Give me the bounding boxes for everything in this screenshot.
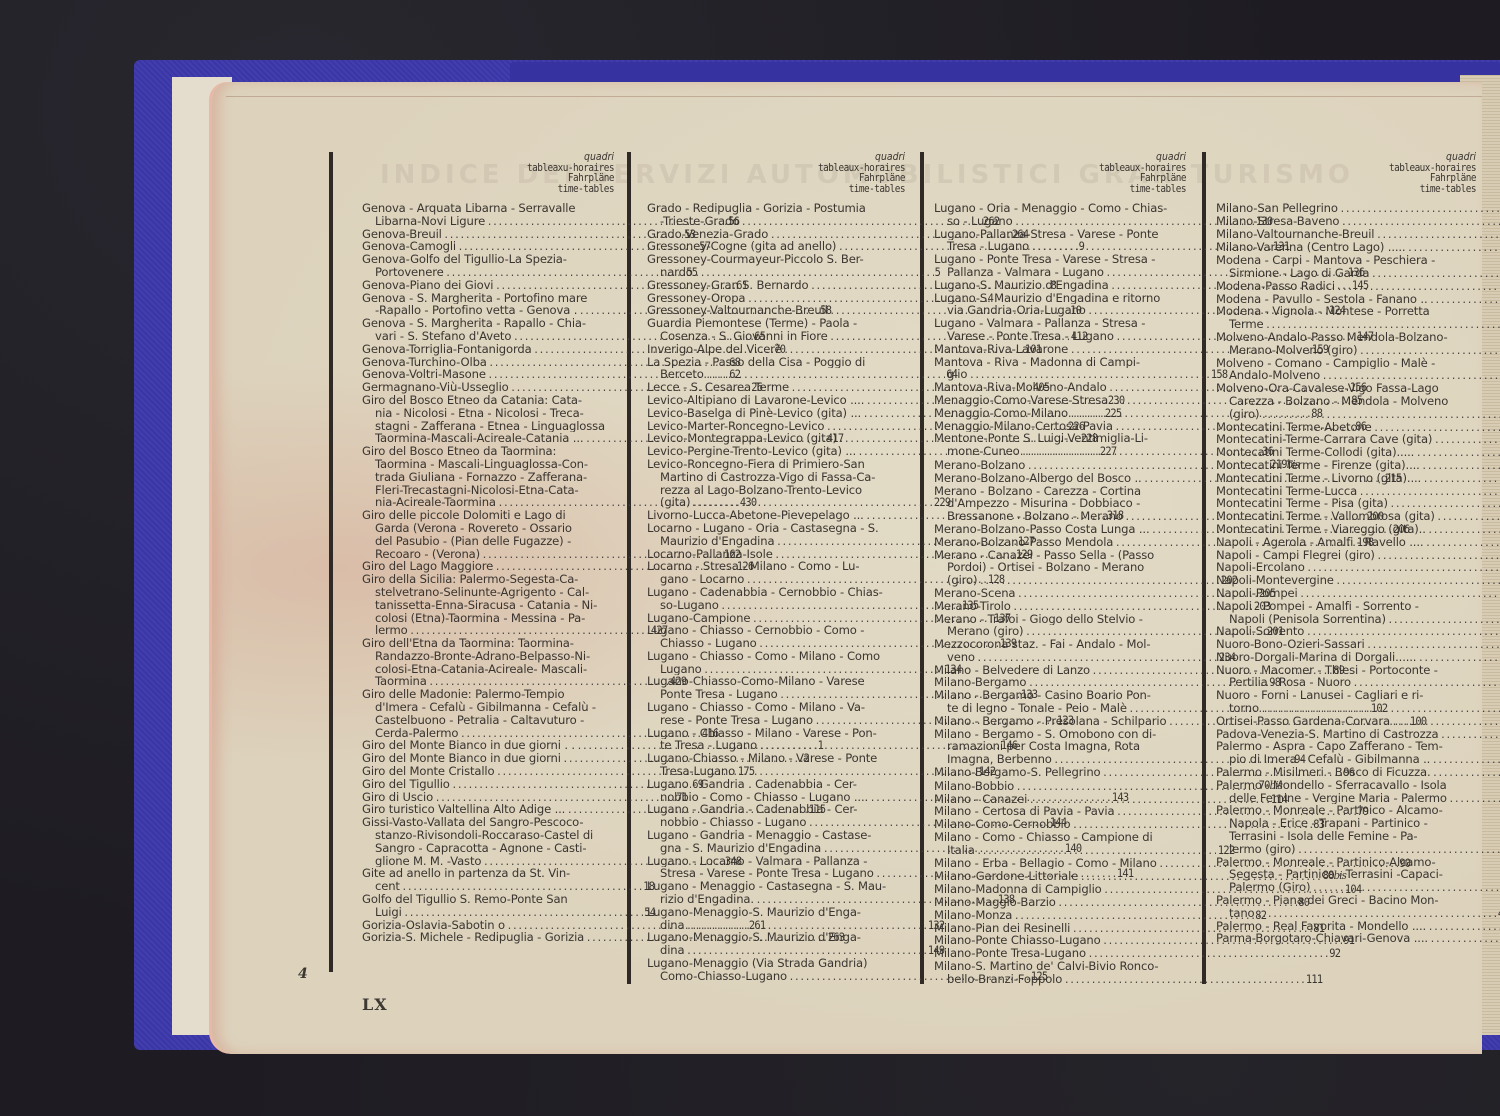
index-entry: Montecatini Terme-Abetone309 [1216, 421, 1476, 434]
entry-route-text: Napoli - Pompei - Amalfi - Sorrento - [1216, 600, 1500, 613]
entry-route-text: Mezzocorona staz. - Fai - Andalo - Mol- [934, 638, 1217, 651]
index-entry: Lugano - Chiasso - Como - Milano - Va-re… [647, 701, 905, 727]
index-entry: Giro turistico Valtellina Alto Adige ...… [362, 803, 614, 816]
entry-route-text: (giro) [934, 574, 1219, 587]
entry-route-text: Nuoro - Macomer - Thiesi - Portoconte - [1216, 664, 1500, 677]
index-entry: Montecatini Terme-Collodi (gita).....304 [1216, 446, 1476, 459]
column-header-line: time-tables [972, 184, 1186, 195]
index-entry: Milano - Belvedere di Lanzo89 [934, 664, 1186, 677]
page-number: 4 [298, 966, 308, 982]
entry-route-text: Modena - Pavullo - Sestola - Fanano .. [1216, 293, 1500, 306]
index-entry: Milano-Madonna di Campiglio104 [934, 883, 1186, 896]
entry-route-text: Segesta - Partinico - Terrasini -Capaci- [1216, 868, 1500, 881]
index-entry: Nuoro-Dorgali-Marina di Dorgali......449 [1216, 651, 1476, 664]
entry-route-text: Milano-Monza [934, 909, 1254, 922]
index-entry: Lugano-Chiasso - Milano - Varese - Ponte… [647, 752, 905, 778]
entry-route-text: Berceto [647, 368, 945, 381]
entry-route-text: Montecatini Terme-Lucca [1216, 485, 1500, 498]
index-entry: Napoli - Campi Flegrei (giro)391 [1216, 549, 1476, 562]
entry-route-text: Pertilia - Rosa - Nuoro [1216, 676, 1500, 689]
index-entry: Levico-Roncegno-Fiera di Primiero-SanMar… [647, 458, 905, 509]
index-entry: Lugano - Chiasso - Como - Milano - ComoL… [647, 650, 905, 676]
index-entry: Genova - Arquata Libarna - SerravalleLib… [362, 202, 614, 228]
index-entry: Genova - S. Margherita - Portofino mare-… [362, 292, 614, 318]
entry-route-text: pio di Imera - Cefalù - Gibilmanna .. [1216, 753, 1500, 766]
column-header: quadritableaux-horairesFahrplänetime-tab… [1255, 152, 1476, 194]
index-entry: Merano-Tirolo203 [934, 600, 1186, 613]
index-entry: Levico-Pergine-Trento-Levico (gita) ...2… [647, 445, 905, 458]
column-header-line: time-tables [400, 184, 614, 195]
index-entry: Gressoney-Cogne (gita ad anello)9 [647, 240, 905, 253]
entry-route-text: Milano-Varenna (Centro Lago) ..... [1216, 241, 1500, 254]
entry-route-text: colosi-Etna-Catania-Acireale- Mascali- [362, 663, 668, 676]
index-entry: Inverigo-Alpe del Vicerè101 [647, 343, 905, 356]
entry-route-text: Montecatini Terme-Collodi (gita)..... [1216, 446, 1500, 459]
entry-route-text: Montecatini Terme - Pisa (gita) [1216, 497, 1500, 510]
entry-route-text: Terme [1216, 318, 1500, 331]
index-entry: Lugano-S. Maurizio d'Engadina e ritornov… [934, 292, 1186, 318]
index-entry: Milano-Ponte Chiasso-Lugano91 [934, 934, 1186, 947]
entry-route-text: Montecatini Terme-Abetone [1216, 421, 1500, 434]
index-entry: Milano-Gardone-Littoriale88bis [934, 869, 1186, 883]
entry-route-text: Napoli-Sorrento [1216, 625, 1500, 638]
entry-route-text: Merano-Tirolo [934, 600, 1252, 613]
index-entry: Montecatini Terme - Vallombrosa (gita)30… [1216, 510, 1476, 523]
index-entry: Grado-Venezia-Grado264 [647, 228, 905, 241]
index-entry: Palermo - Piana dei Greci - Bacino Mon-t… [1216, 894, 1476, 920]
entry-route-text: Sirmione - Lago di Garda [1216, 267, 1500, 280]
entry-route-text: Genova-Breuil [362, 228, 683, 241]
index-entry: Lecce - S. Cesarea Terme405 [647, 381, 905, 394]
index-entry: Modena - Vignola - Montese - PorrettaTer… [1216, 305, 1476, 331]
index-entry: Milano - Canazei114 [934, 793, 1186, 806]
index-entry: Genova-Piano dei Giovi61 [362, 279, 614, 292]
index-entry: Modena-Passo Radici271 [1216, 280, 1476, 293]
entry-route-text: Grado - Redipuglia - Gorizia - Postumia [647, 202, 981, 215]
entry-route-text: Levico-Roncegno-Fiera di Primiero-San [647, 458, 932, 471]
index-entry: Lugano-Menaggio-S. Maurizio d'Enga-dina1… [647, 906, 905, 932]
entry-route-text: Milano-San Pellegrino [1216, 202, 1500, 215]
index-entry: Modena - Carpi - Mantova - Peschiera -Si… [1216, 254, 1476, 280]
entry-route-text: Modena-Passo Radici [1216, 280, 1500, 293]
entry-route-text: Padova-Venezia-S. Martino di Castrozza [1216, 728, 1500, 741]
column-header-line: time-tables [686, 184, 905, 195]
index-entry: Gressoney-Gran S. Bernardo8 [647, 279, 905, 292]
entry-route-text: Mentone-Ponte S. Luigi-Ventimiglia-Li- [934, 432, 1261, 445]
index-entry: Giro del Monte Bianco in due giorni2 [362, 752, 614, 765]
entry-route-text: tanissetta-Enna-Siracusa - Catania - Ni- [362, 599, 649, 612]
index-entry: Giro di Uscio71 [362, 791, 614, 804]
index-entry: Mezzocorona staz. - Fai - Andalo - Mol-v… [934, 638, 1186, 664]
entry-route-text: Palermo - Mondello - Sferracavallo - Iso… [1216, 779, 1500, 792]
index-entry: Gissi-Vasto-Vallata del Sangro-Pescoco-s… [362, 816, 614, 867]
index-entry: Menaggio-Como-Milano88 [934, 407, 1186, 420]
entry-route-text: -Trieste-Grado [647, 215, 981, 228]
index-entry: Parma-Borgotaro-Chiavari-Genova ....269 [1216, 932, 1476, 945]
index-entry: Mantova-Riva-Lavarone159 [934, 343, 1186, 356]
entry-route-text: Molveno-Andalo-Passo Mendola-Bolzano- [1216, 331, 1500, 344]
entry-route-text: Taormina [362, 675, 668, 688]
index-entry: Milano-Pian dei Resinelli81 [934, 922, 1186, 935]
index-entry: Montecatini Terme - Viareggio (gita)..30… [1216, 523, 1476, 536]
timetable-ref: 111 [1306, 972, 1323, 986]
entry-route-text: Terrasini - Isola delle Femine - Pa- [1216, 830, 1500, 843]
index-entry: Genova-Golfo del Tigullio-La Spezia-Port… [362, 253, 614, 279]
entry-route-text: Giro di Uscio [362, 791, 675, 804]
entry-timetable-number: 111 [1306, 973, 1323, 986]
entry-route-text: Palermo - Monreale - Partinico-Alcamo- [1216, 856, 1500, 869]
index-entry: Lugano - Chiasso - Milano - Varese - Pon… [647, 727, 905, 753]
entry-route-text: Golfo del Tigullio S. Remo-Ponte San [362, 893, 643, 906]
entry-route-text: Merano-Molveno (giro) [1216, 344, 1500, 357]
index-entry: Palermo - Monreale - Partinico - Alcamo-… [1216, 804, 1476, 855]
index-entry: Montecatini Terme - Livorno (gita)....31… [1216, 472, 1476, 485]
index-entry: Milano-Valtournanche-Breuil78 [1216, 228, 1476, 241]
index-entry: Genova-Torriglia-Fontanigorda70 [362, 343, 614, 356]
index-entry: Milano - Bergamo - Presolana - Schilpari… [934, 715, 1186, 728]
entry-route-text: dina [647, 919, 926, 932]
entry-route-text: bello-Branzi-Foppolo [934, 973, 1304, 986]
index-entry: Lugano - Oria - Menaggio - Como - Chias-… [934, 202, 1186, 228]
index-entry: Milano-Bergamo98 [934, 676, 1186, 689]
entry-route-text: Molveno-Ora-Cavalese-Vigo Fassa-Lago [1216, 382, 1500, 395]
index-entry: Nuoro - Macomer - Thiesi - Portoconte -P… [1216, 664, 1476, 690]
entry-route-text: Modena - Carpi - Mantova - Peschiera - [1216, 254, 1500, 267]
index-column-1: quadritableaxu-horairesFahrplänetime-tab… [362, 152, 614, 944]
entry-route-text: Giro dell'Etna da Taormina: Taormina- [362, 637, 668, 650]
index-entry: Lugano - Menaggio - Castasegna - S. Mau-… [647, 880, 905, 906]
index-entry: Ortisei-Passo Gardena-Corvara221 [1216, 715, 1476, 728]
index-entry: Gorizia-S. Michele - Redipuglia - Gorizi… [362, 931, 614, 944]
entry-route-text: (giro) [1216, 408, 1500, 421]
column-header-line: time-tables [1255, 184, 1476, 195]
entry-route-text: Lugano-Chiasso - Milano - Varese - Ponte [647, 752, 977, 765]
index-entry: Palermo - Aspra - Capo Zafferano - Tem-p… [1216, 740, 1476, 766]
index-column-3: quadritableaux-horairesFahrplänetime-tab… [934, 152, 1186, 986]
entry-route-text: Lugano-Menaggio-S. Maurizio d'Enga- [647, 906, 926, 919]
index-entry: Merano-Scena205 [934, 587, 1186, 600]
index-entry: Milano - Bergamo - Casino Boario Pon-te … [934, 689, 1186, 715]
page-fold-line [226, 96, 1482, 97]
index-entry: Molveno-Ora-Cavalese-Vigo Fassa-LagoCare… [1216, 382, 1476, 420]
index-entry: Golfo del Tigullio S. Remo-Ponte SanLuig… [362, 893, 614, 919]
entry-route-text: Palermo - Aspra - Capo Zafferano - Tem- [1216, 740, 1500, 753]
index-entry: Genova-Breuil53 [362, 228, 614, 241]
entry-route-text: so - Lugano [934, 215, 1254, 228]
entry-route-text: Milano-Bobbio [934, 780, 1256, 793]
entry-route-text: dina [647, 944, 926, 957]
index-entry: Genova-Voltri-Masone62 [362, 368, 614, 381]
entry-timetable-number: 92 [1329, 947, 1340, 960]
index-entry: Lugano-Menaggio (Via Strada Gandria)Como… [647, 957, 905, 983]
index-entry: Giro del Monte Bianco in due giorni . .1 [362, 739, 614, 752]
entry-route-text: Gressoney-Courmayeur-Piccolo S. Ber- [647, 253, 934, 266]
entry-route-text: Nuoro-Dorgali-Marina di Dorgali...... [1216, 651, 1500, 664]
index-entry: Montecatini-Terme-Carrara Cave (gita)308 [1216, 433, 1476, 446]
entry-route-text: Palermo - Real Favorita - Mondello .... [1216, 920, 1500, 933]
index-entry: Giro del Bosco Etneo da Taormina:Taormin… [362, 445, 614, 509]
entry-route-text: Mantova - Riva - Madonna di Campi- [934, 356, 1209, 369]
index-entry: Genova-Camogli57 [362, 240, 614, 253]
index-entry: Milano-San Pellegrino93 [1216, 202, 1476, 215]
entry-route-text: Ortisei-Passo Gardena-Corvara [1216, 715, 1500, 728]
entry-route-text: Milano-Ponte Tresa-Lugano [934, 947, 1328, 960]
index-entry: Locarno - Lugano - Oria - Castasegna - S… [647, 522, 905, 548]
index-entry: Montecatini Terme-Lucca313 [1216, 485, 1476, 498]
entry-route-text: cent [362, 880, 642, 893]
column-header: quadritableaux-horairesFahrplänetime-tab… [686, 152, 905, 194]
index-entry: Gressoney-Oropa4 [647, 292, 905, 305]
entry-route-text: Merano - Canazei - Passo Sella - (Passo [934, 549, 1219, 562]
index-entry: Levico-Baselga di Pinè-Levico (gita) ...… [647, 407, 905, 420]
index-entry: Giro del Tigullio69 [362, 778, 614, 791]
entry-route-text: colosi (Etna)-Taormina - Messina - Pa- [362, 612, 649, 625]
index-entry: Padova-Venezia-S. Martino di Castrozza18… [1216, 728, 1476, 741]
index-entry: Palermo - Monreale - Partinico-Alcamo-Se… [1216, 856, 1476, 894]
entry-route-text: Milano-Valtournanche-Breuil [1216, 228, 1500, 241]
entry-route-text: Modena - Vignola - Montese - Porretta [1216, 305, 1500, 318]
entry-route-text: Genova-Golfo del Tigullio-La Spezia- [362, 253, 685, 266]
entry-route-text: Montecatini Terme - Firenze (gita).... [1216, 459, 1500, 472]
entry-route-text: veno [934, 651, 1217, 664]
index-entry: Palermo - Real Favorita - Mondello ....4… [1216, 920, 1476, 933]
index-entry: Palermo - Misilmeri - Bosco di Ficuzza.4… [1216, 766, 1476, 779]
index-entry: Napoli-Pompei392 [1216, 587, 1476, 600]
index-entry: Guardia Piemontese (Terme) - Paola -Cose… [647, 317, 905, 343]
index-entry: Grado - Redipuglia - Gorizia - Postumia-… [647, 202, 905, 228]
index-entry: Napoli-Montevergine401 [1216, 574, 1476, 587]
index-entry: Giro delle piccole Dolomiti e Lago diGar… [362, 509, 614, 560]
index-entry: Nuoro-Bono-Ozieri-Sassari440 [1216, 638, 1476, 651]
entry-route-text: Nuoro - Forni - Lanusei - Cagliari e ri- [1216, 689, 1500, 702]
index-entry: Merano - Bolzano - Carezza - Cortinad'Am… [934, 485, 1186, 523]
index-entry: Milano-Monza82 [934, 909, 1186, 922]
entry-route-text: Palermo - Misilmeri - Bosco di Ficuzza. [1216, 766, 1500, 779]
index-entry: Merano - Canazei - Passo Sella - (PassoP… [934, 549, 1186, 587]
entry-route-text: tano [1216, 907, 1496, 920]
entry-route-text: Napoli (Penisola Sorrentina) [1216, 613, 1500, 626]
index-entry: Gressoney-Courmayeur-Piccolo S. Ber-nard… [647, 253, 905, 279]
index-entry: Napoli - Pompei - Amalfi - Sorrento -Nap… [1216, 600, 1476, 626]
entry-route-text: Tresa-Lugano [647, 765, 977, 778]
entry-route-text: (gita) [647, 496, 932, 509]
entry-route-text: Italia [934, 844, 1216, 857]
entry-route-text: Luigi [362, 906, 643, 919]
entry-route-text: Palermo - Piana dei Greci - Bacino Mon- [1216, 894, 1496, 907]
index-entry: Lugano - Gandria - Cadenabbia - Cer-nobb… [647, 803, 905, 829]
entry-route-text: Andalo-Molveno [1216, 369, 1500, 382]
entry-route-text: Napoli-Ercolano [1216, 561, 1500, 574]
entry-route-text: Lugano-Menaggio-S. Maurizio d'Enga- [647, 931, 926, 944]
index-entry: Mantova - Riva - Madonna di Campi-glio15… [934, 356, 1186, 382]
index-entry: Milano - Erba - Bellagio - Como - Milano… [934, 857, 1186, 870]
index-entry: Giro del Monte Cristallo175 [362, 765, 614, 778]
index-entry: Menaggio-Milano-Certosa-Pavia86 [934, 420, 1186, 433]
index-entry: Genova-Turchino-Olba68 [362, 356, 614, 369]
entry-route-text: stelvetrano-Selinunte-Agrigento - Cal- [362, 586, 649, 599]
index-entry: Milano-Maggio-Barzio80 [934, 896, 1186, 909]
entry-route-text: delle Femine - Vergine Maria - Palermo [1216, 792, 1500, 805]
index-entry: Lugano - Locarno - Valmara - Pallanza -S… [647, 855, 905, 881]
index-entry: Lugano-Pallanza-Stresa - Varese - PonteT… [934, 228, 1186, 254]
entry-route-text: Montecatini-Terme-Carrara Cave (gita) [1216, 433, 1500, 446]
index-entry: Montecatini Terme - Firenze (gita)....31… [1216, 459, 1476, 472]
index-entry: Merano-Bolzano-Passo Mendola198 [934, 536, 1186, 549]
entry-route-text: Randazzo-Bronte-Adrano-Belpasso-Ni- [362, 650, 668, 663]
entry-route-text: Carezza - Bolzano - Mendola - Molveno [1216, 395, 1500, 408]
index-entry: Gorizia-Oslavia-Sabotin o261 [362, 919, 614, 932]
entry-route-text: Napoli - Campi Flegrei (giro) [1216, 549, 1500, 562]
entry-route-text: Palermo - Monreale - Partinico - Alcamo- [1216, 804, 1500, 817]
roman-page-number: LX [362, 995, 388, 1014]
entry-route-text: lermo [362, 624, 649, 637]
index-entry: Gite ad anello in partenza da St. Vin-ce… [362, 867, 614, 893]
entry-route-text: Nuoro-Bono-Ozieri-Sassari [1216, 638, 1500, 651]
index-entry: Milano-Bobbio70bis [934, 779, 1186, 793]
entry-route-text: Montecatini Terme - Viareggio (gita).. [1216, 523, 1500, 536]
entry-route-text: Milano-Stresa-Baveno [1216, 215, 1500, 228]
entry-route-text: Milano - Como - Chiasso - Campione di [934, 831, 1216, 844]
index-entry: Livorno-Lucca-Abetone-Pievepelago ...318 [647, 509, 905, 522]
index-entry: Lugano-S. Maurizio d'Engadina145 [934, 279, 1186, 292]
index-entry: Napoli-Ercolano393 [1216, 561, 1476, 574]
entry-route-text: Napoli - Agerola - Amalfi - Ravello .... [1216, 536, 1500, 549]
index-entry: Milano-Ponte Tresa-Lugano92 [934, 947, 1186, 960]
index-entry: Modena - Pavullo - Sestola - Fanano ..27… [1216, 293, 1476, 306]
index-entry: Molveno-Andalo-Passo Mendola-Bolzano-Mer… [1216, 331, 1476, 357]
index-entry: Milano - Bergamo - S. Omobono con di-ram… [934, 728, 1186, 766]
index-entry: Lugano - Gandria . Cadenabbia - Cer-nobb… [647, 778, 905, 804]
index-entry: Levico-Marter-Roncegno-Levico226 [647, 420, 905, 433]
entry-route-text: Gite ad anello in partenza da St. Vin- [362, 867, 642, 880]
entry-route-text: mone-Cuneo [934, 445, 1261, 458]
index-entry: Merano - Trafoi - Giogo dello Stelvio -M… [934, 613, 1186, 639]
index-entry: Merano-Bolzano-Passo Costa Lunga ...206 [934, 523, 1186, 536]
entry-route-text: Napoli-Montevergine [1216, 574, 1500, 587]
entry-route-text: lermo (giro) [1216, 843, 1500, 856]
entry-route-text: Lugano - Chiasso - Como - Milano - Como [647, 650, 943, 663]
entry-route-text: torno [1216, 702, 1500, 715]
entry-route-text: Montecatini Terme - Vallombrosa (gita) [1216, 510, 1500, 523]
index-entry: Lugano - Valmara - Pallanza - Stresa -Va… [934, 317, 1186, 343]
entry-route-text: Molveno - Comano - Campiglio - Malè - [1216, 357, 1500, 370]
index-entry: Merano-Bolzano-Albergo del Bosco ..215 [934, 472, 1186, 485]
index-entry: Menaggio-Como-Varese-Stresa85 [934, 394, 1186, 407]
index-entry: Mantova-Riva-Molveno-Andalo156 [934, 381, 1186, 394]
index-entry: Giro delle Madonie: Palermo-Tempiod'Imer… [362, 688, 614, 739]
entry-route-text: Portovenere [362, 266, 685, 279]
entry-route-text: Milano-S. Martino de' Calvi-Bivio Ronco- [934, 960, 1304, 973]
index-entry: Levico-Altipiano di Lavarone-Levico ....… [647, 394, 905, 407]
index-column-4: quadritableaux-horairesFahrplänetime-tab… [1216, 152, 1476, 945]
index-entry: Milano - Certosa di Pavia - Pavia79 [934, 805, 1186, 818]
index-entry: Molveno - Comano - Campiglio - Malè -And… [1216, 357, 1476, 383]
entry-route-text: Lugano - Oria - Menaggio - Como - Chias- [934, 202, 1254, 215]
index-entry: Milano - Como - Chiasso - Campione diIta… [934, 831, 1186, 857]
entry-route-text: Giro del Tigullio [362, 778, 691, 791]
index-entry: Locarno-Pallanza-Isole129 [647, 548, 905, 561]
index-entry: Milano-S. Martino de' Calvi-Bivio Ronco-… [934, 960, 1186, 986]
index-entry: Gressoney-Valtournanche-Breuil10 [647, 304, 905, 317]
index-entry: Lugano-Chiasso-Como-Milano - VaresePonte… [647, 675, 905, 701]
entry-route-text: Lugano - Cadenabbia - Cernobbio - Chias- [647, 586, 960, 599]
index-entry: Milano-Como-Cernobbio83 [934, 818, 1186, 831]
entry-route-text: Montecatini Terme - Livorno (gita).... [1216, 472, 1500, 485]
index-entry: Lugano - Cadenabbia - Cernobbio - Chias-… [647, 586, 905, 612]
column-rule-1 [329, 152, 333, 972]
index-entry: Milano-Stresa-Baveno84 [1216, 215, 1476, 228]
entry-route-text: Merano-Scena [934, 587, 1257, 600]
entry-route-text: rezza al Lago-Bolzano-Trento-Levico [647, 484, 932, 497]
entry-route-text: Lugano [647, 663, 943, 676]
index-entry: Lugano - Chiasso - Cernobbio - Como -Chi… [647, 624, 905, 650]
index-entry: Giro dell'Etna da Taormina: Taormina-Ran… [362, 637, 614, 688]
index-entry: Genova - S. Margherita - Rapallo - Chia-… [362, 317, 614, 343]
index-entry: Levico-Montegrappa-Levico (gita)228 [647, 432, 905, 445]
index-entry: Locarno - Stresa - Milano - Como - Lu-ga… [647, 560, 905, 586]
entry-route-text: glio [934, 368, 1209, 381]
entry-route-text: Martino di Castrozza-Vigo di Fassa-Ca- [647, 471, 932, 484]
entry-route-text: Napoli-Pompei [1216, 587, 1500, 600]
index-entry: Merano-Bolzano219bis [934, 458, 1186, 472]
index-entry: Lugano-Menaggio-S. Maurizio d'Enga-dina1… [647, 931, 905, 957]
entry-route-text: nardo [647, 266, 934, 279]
timetable-ref: 92 [1329, 946, 1340, 960]
entry-route-text: Parma-Borgotaro-Chiavari-Genova .... [1216, 932, 1500, 945]
entry-route-text: La Spezia - Passo della Cisa - Poggio di [647, 356, 945, 369]
index-entry: Germagnano-Viù-Usseglio26 [362, 381, 614, 394]
index-entry: Napoli - Agerola - Amalfi - Ravello ....… [1216, 536, 1476, 549]
index-entry: Giro del Bosco Etneo da Catania: Cata-ni… [362, 394, 614, 445]
entry-route-text: so-Lugano [647, 599, 960, 612]
index-entry: Milano-Bergamo-S. Pellegrino96 [934, 766, 1186, 779]
entry-route-text: Giro della Sicilia: Palermo-Segesta-Ca- [362, 573, 649, 586]
index-entry: Palermo - Mondello - Sferracavallo - Iso… [1216, 779, 1476, 805]
index-entry: Nuoro - Forni - Lanusei - Cagliari e ri-… [1216, 689, 1476, 715]
index-column-2: quadritableaux-horairesFahrplänetime-tab… [647, 152, 905, 983]
index-entry: La Spezia - Passo della Cisa - Poggio di… [647, 356, 905, 382]
entry-route-text: Napola - Erice - Trapani - Partinico - [1216, 817, 1500, 830]
index-entry: Giro della Sicilia: Palermo-Segesta-Ca-s… [362, 573, 614, 637]
index-entry: Lugano-Campione137 [647, 612, 905, 625]
index-entry: Giro del Lago Maggiore126 [362, 560, 614, 573]
index-entry: Napoli-Sorrento389 [1216, 625, 1476, 638]
index-entry: Mentone-Ponte S. Luigi-Ventimiglia-Li-mo… [934, 432, 1186, 458]
index-entry: Lugano - Ponte Tresa - Varese - Stresa -… [934, 253, 1186, 279]
entry-route-text: Pordoi) - Ortisei - Bolzano - Merano [934, 561, 1219, 574]
index-entry: Milano-Varenna (Centro Lago) .....83bis [1216, 240, 1476, 254]
index-entry: Montecatini Terme - Pisa (gita)310 [1216, 497, 1476, 510]
index-entry: Lugano - Gandria - Menaggio - Castase-gn… [647, 829, 905, 855]
column-header: quadritableaxu-horairesFahrplänetime-tab… [400, 152, 614, 194]
column-header: quadritableaux-horairesFahrplänetime-tab… [972, 152, 1186, 194]
entry-route-text: Palermo (Giro) [1216, 881, 1500, 894]
